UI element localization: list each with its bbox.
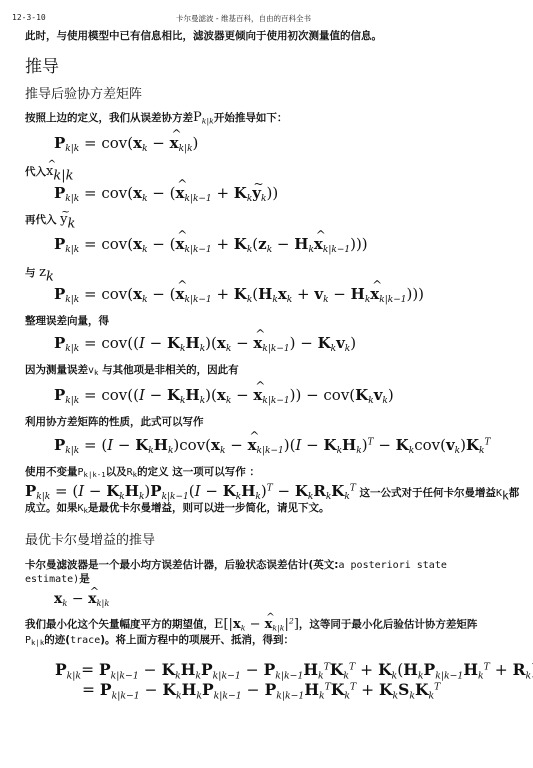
equation-2: Pk|k = cov(xk − (xk|k−1 + Kkyk)) — [54, 184, 278, 204]
paragraph-text: 是 — [79, 573, 90, 585]
paragraph-text: ，这等同于最小化后验估计协方差矩阵 — [299, 619, 478, 631]
equation-8: Pk|k = (I − KkHk)Pk|k−1(I − KkHk)T − KkR… — [25, 482, 356, 500]
paragraph-text: 这一公式对于任何卡尔曼增益 — [356, 487, 496, 499]
equation-5: Pk|k = cov((I − KkHk)(xk − xk|k−1) − Kkv… — [54, 334, 356, 354]
intro-text: 此时，与使用模型中已有信息相比，滤波器更倾向于使用初次测量值的信息。 — [25, 28, 382, 43]
paragraph-text: 与其他项是非相关的，因此有 — [98, 364, 238, 376]
section-title-derivation: 推导 — [25, 52, 59, 77]
s2-equation-2-line-1: Pk|k= Pk|k−1 − KkHkPk|k−1 − Pk|k−1HkTKkT… — [55, 660, 533, 681]
paragraph-text: 的定义 这一项可以写作 ： — [137, 466, 260, 478]
paragraph-text: 再代入 — [25, 214, 57, 226]
s2-paragraph-1-line-1: 卡尔曼滤波器是一个最小均方误差估计器，后验状态误差估计(英文:a posteri… — [25, 557, 447, 572]
paragraph-7: 利用协方差矩阵的性质，此式可以写作 — [25, 414, 204, 429]
paragraph-text: 都 — [509, 487, 520, 499]
page-header-title: 卡尔曼滤波 - 维基百科，自由的百科全书 — [176, 13, 311, 24]
inline-math-expectation: E[|xk − xk|k|2] — [214, 617, 299, 632]
subsection-title-posterior-covariance: 推导后验协方差矩阵 — [25, 83, 142, 102]
inline-var-sub: k|k — [31, 638, 44, 647]
inline-var-sub: k|k-1 — [84, 470, 106, 479]
paragraph-text: 代入 — [25, 166, 46, 178]
paragraph-9: 成立。如果Kk是最优卡尔曼增益，则可以进一步简化，请见下文。 — [25, 500, 329, 515]
inline-math-P: Pk|k — [193, 110, 214, 125]
paragraph-text: 卡尔曼滤波器是一个最小均方误差估计器，后验状态误差估计(英文: — [25, 559, 339, 571]
paragraph-text: 的迹( — [44, 634, 70, 646]
paragraph-english: a posteriori state — [339, 560, 447, 571]
paragraph-text: 因为测量误差 — [25, 364, 88, 376]
paragraph-4: 与 zk — [25, 265, 54, 285]
paragraph-text: )。将上面方程中的项展开、抵消，得到： — [100, 634, 294, 646]
paragraph-6: 因为测量误差vk 与其他项是非相关的，因此有 — [25, 362, 239, 377]
inline-math-z: z — [39, 265, 46, 280]
paragraph-text: 我们最小化这个矢量幅度平方的期望值， — [25, 619, 214, 631]
inline-math-xhat: x — [46, 164, 53, 179]
paragraph-english: estimate) — [25, 574, 79, 585]
s2-paragraph-2: 我们最小化这个矢量幅度平方的期望值，E[|xk − xk|k|2]，这等同于最小… — [25, 616, 477, 632]
paragraph-1: 按照上边的定义，我们从误差协方差Pk|k开始推导如下： — [25, 110, 287, 126]
s2-equation-2-line-2: = Pk|k−1 − KkHkPk|k−1 − Pk|k−1HkTKkT + K… — [82, 680, 440, 701]
s2-paragraph-3: Pk|k的迹(trace)。将上面方程中的项展开、抵消，得到： — [25, 632, 294, 647]
equation-3: Pk|k = cov(xk − (xk|k−1 + Kk(zk − Hkxk|k… — [54, 235, 368, 255]
equation-4: Pk|k = cov(xk − (xk|k−1 + Kk(Hkxk + vk −… — [54, 285, 424, 305]
paragraph-text: 使用不变量 — [25, 466, 78, 478]
paragraph-text: 按照上边的定义，我们从误差协方差 — [25, 112, 193, 124]
equation-7: Pk|k = (I − KkHk)cov(xk − xk|k−1)(I − Kk… — [54, 436, 491, 456]
subsection-title-optimal-gain: 最优卡尔曼增益的推导 — [25, 529, 155, 548]
paragraph-text: 是最优卡尔曼增益，则可以进一步简化，请见下文。 — [88, 502, 330, 514]
equation-1: Pk|k = cov(xk − xk|k) — [54, 134, 198, 154]
equation-6: Pk|k = cov((I − KkHk)(xk − xk|k−1)) − co… — [54, 386, 394, 406]
paragraph-text: 成立。如果 — [25, 502, 78, 514]
inline-var-sub: k — [502, 489, 509, 502]
paragraph-2: 代入xk|k — [25, 164, 73, 184]
paragraph-text: 开始推导如下： — [214, 112, 288, 124]
inline-math-ytilde: y — [60, 212, 67, 227]
paragraph-text: 与 — [25, 267, 36, 279]
paragraph-5: 整理误差向量，得 — [25, 313, 109, 328]
s2-paragraph-1-line-2: estimate)是 — [25, 571, 90, 586]
paragraph-english: trace — [70, 635, 100, 646]
paragraph-text: 以及 — [106, 466, 127, 478]
page-header-date: 12-3-10 — [12, 13, 46, 22]
paragraph-8: 使用不变量Pk|k-1以及Rk的定义 这一项可以写作 ： — [25, 464, 260, 479]
s2-equation-1: xk − xk|k — [54, 591, 109, 608]
paragraph-3: 再代入 yk — [25, 212, 75, 232]
